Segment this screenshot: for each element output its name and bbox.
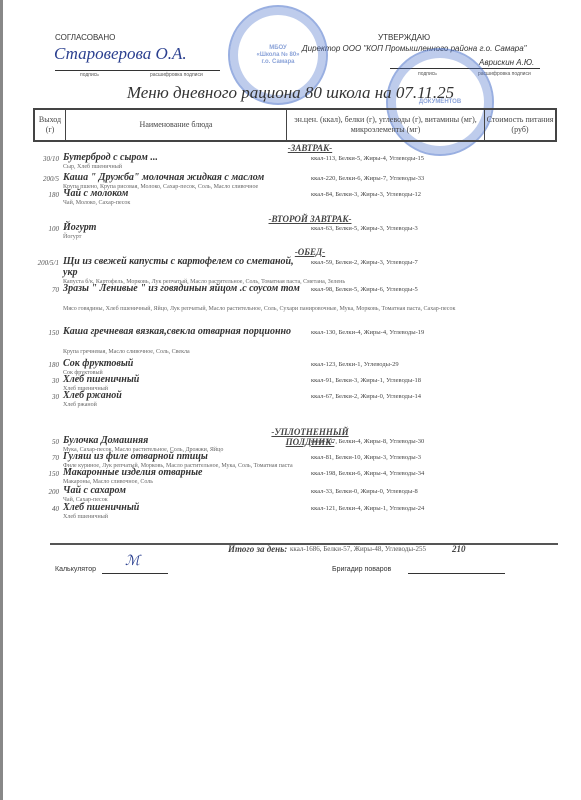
page-title: Меню дневного рациона 80 школа на 07.11.…	[0, 83, 581, 103]
item-nutrition: ккал-123, Белки-1, Углеводы-29	[311, 361, 551, 368]
item-nutrition: ккал-98, Белки-5, Жиры-6, Углеводы-5	[311, 286, 551, 293]
table-header: Выход (г) Наименование блюда эн.цен. (кк…	[33, 108, 557, 142]
item-nutrition: ккал-113, Белки-5, Жиры-4, Углеводы-15	[311, 155, 551, 162]
chef-label: Бригадир поваров	[332, 566, 391, 573]
item-output: 50	[33, 438, 59, 446]
item-output: 180	[33, 191, 59, 199]
item-name: Хлеб ржаной	[63, 390, 308, 401]
item-name: Йогурт	[63, 222, 308, 233]
item-ingredients: Хлеб ржаной	[63, 402, 543, 409]
item-output: 200/5	[33, 175, 59, 183]
agreed-sign-caption: подпись	[80, 72, 99, 78]
col-nutrition: эн.цен. (ккал), белки (г), углеводы (г),…	[287, 110, 485, 140]
item-output: 30	[33, 377, 59, 385]
item-nutrition: ккал-59, Белки-2, Жиры-3, Углеводы-7	[311, 259, 551, 266]
col-name: Наименование блюда	[66, 110, 287, 140]
item-output: 30	[33, 393, 59, 401]
item-name: Гуляш из филе отварной птицы	[63, 451, 308, 462]
chef-signature-line	[408, 573, 505, 574]
stamp-line: «Школа № 80»	[257, 52, 300, 59]
item-name: Хлеб пшеничный	[63, 502, 308, 513]
item-ingredients: Чай, Молоко, Сахар-песок	[63, 200, 543, 207]
item-name: Булочка Домашняя	[63, 435, 308, 446]
item-ingredients: Крупа гречневая, Масло сливочное, Соль, …	[63, 349, 543, 356]
item-output: 150	[33, 470, 59, 478]
item-nutrition: ккал-81, Белки-10, Жиры-3, Углеводы-3	[311, 454, 551, 461]
item-nutrition: ккал-130, Белки-4, Жиры-4, Углеводы-19	[311, 329, 551, 336]
calculator-signature: ℳ	[125, 553, 140, 570]
agreed-signature-line	[55, 70, 220, 71]
item-output: 70	[33, 286, 59, 294]
agreed-label: СОГЛАСОВАНО	[55, 33, 115, 42]
item-output: 180	[33, 361, 59, 369]
item-ingredients: Сыр, Хлеб пшеничный	[63, 164, 543, 171]
item-name: Чай с сахаром	[63, 485, 308, 496]
item-nutrition: ккал-91, Белки-3, Жиры-1, Углеводы-18	[311, 377, 551, 384]
item-output: 150	[33, 329, 59, 337]
agreed-decode-caption: расшифровка подписи	[150, 72, 203, 78]
item-name: Макаронные изделия отварные	[63, 467, 308, 478]
stamp-line: г.о. Самара	[261, 59, 294, 66]
col-output: Выход (г)	[35, 110, 66, 140]
item-output: 200/5/1	[33, 259, 59, 267]
item-name: Щи из свежей капусты с картофелем со сме…	[63, 256, 308, 278]
item-nutrition: ккал-121, Белки-4, Жиры-1, Углеводы-24	[311, 505, 551, 512]
total-label: Итого за день:	[228, 544, 287, 554]
approved-name: Аврискин А.Ю.	[479, 58, 534, 67]
total-nutrition: ккал-1686, Белки-57, Жиры-48, Углеводы-2…	[290, 545, 426, 553]
stamp-line: МБОУ	[269, 45, 287, 52]
item-nutrition: ккал-220, Белки-6, Жиры-7, Углеводы-33	[311, 175, 551, 182]
item-output: 100	[33, 225, 59, 233]
item-name: Каша гречневая вязкая,свекла отварная по…	[63, 326, 308, 337]
item-name: Зразы " Ленивые " из говядинын яйцом .с …	[63, 283, 308, 294]
approved-label: УТВЕРЖДАЮ	[378, 33, 430, 42]
total-cost: 210	[452, 544, 466, 554]
item-output: 30/10	[33, 155, 59, 163]
item-ingredients: Хлеб пшеничный	[63, 514, 543, 521]
item-nutrition: ккал-84, Белки-3, Жиры-3, Углеводы-12	[311, 191, 551, 198]
item-nutrition: ккал-198, Белки-6, Жиры-4, Углеводы-34	[311, 470, 551, 477]
calculator-label: Калькулятор	[55, 566, 96, 573]
item-name: Каша " Дружба" молочная жидкая с маслом	[63, 172, 308, 183]
scan-edge	[0, 0, 3, 800]
item-output: 70	[33, 454, 59, 462]
item-nutrition: ккал-67, Белки-2, Жиры-0, Углеводы-14	[311, 393, 551, 400]
item-output: 40	[33, 505, 59, 513]
item-name: Сок фруктовый	[63, 358, 308, 369]
item-nutrition: ккал-63, Белки-5, Жиры-3, Углеводы-3	[311, 225, 551, 232]
item-name: Чай с молоком	[63, 188, 308, 199]
item-output: 200	[33, 488, 59, 496]
item-nutrition: ккал-33, Белки-0, Жиры-0, Углеводы-8	[311, 488, 551, 495]
calculator-signature-line	[102, 573, 168, 574]
item-ingredients: Мясо говядины, Хлеб пшеничный, Яйцо, Лук…	[63, 306, 543, 313]
item-name: Бутерброд с сыром ...	[63, 152, 308, 163]
item-nutrition: ккал-207, Белки-4, Жиры-8, Углеводы-30	[311, 438, 551, 445]
agreed-signature: Стаpоверова О.А.	[54, 44, 187, 64]
item-ingredients: Йогурт	[63, 234, 543, 241]
item-name: Хлеб пшеничный	[63, 374, 308, 385]
col-cost: Стоимость питания (руб)	[485, 110, 555, 140]
approved-position: Директор ООО "КОП Промышленного района г…	[302, 44, 527, 53]
